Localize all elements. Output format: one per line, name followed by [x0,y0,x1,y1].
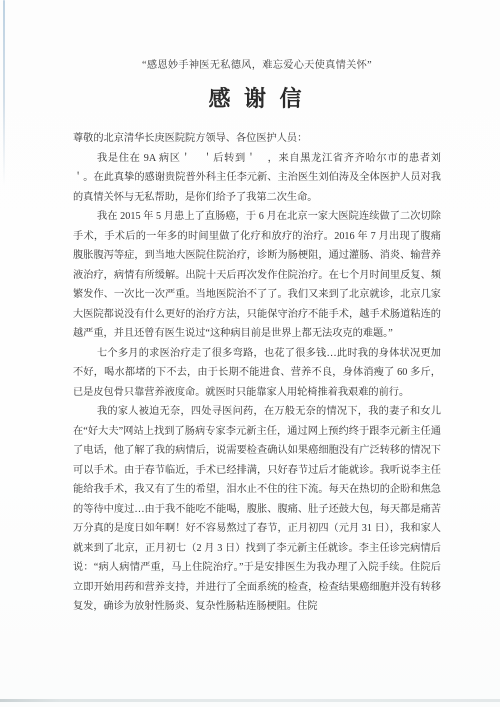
letter-title: 感 谢 信 [73,86,441,112]
letter-body: 尊敬的北京清华长庚医院院方领导、各位医护人员： 我是住在 9A 病区＇ ＇后转到… [73,129,441,617]
letter-motto: “感恩妙手神医无私德风，难忘爱心天使真情关怀” [73,59,441,73]
letter-salutation: 尊敬的北京清华长庚医院院方领导、各位医护人员： [73,129,441,149]
letter-paragraph: 七个多月的求医治疗走了很多弯路，也花了很多钱…此时我的身体状况更加不好，喝水都堵… [73,344,441,403]
scan-artifact-bottom-edge [0,699,500,702]
scanned-letter-page: “感恩妙手神医无私德风，难忘爱心天使真情关怀” 感 谢 信 尊敬的北京清华长庚医… [0,0,500,707]
letter-paragraph: 我的家人被迫无奈，四处寻医问药，在万般无奈的情况下，我的妻子和女儿在“好大夫”网… [73,402,441,617]
letter-paragraph: 我是住在 9A 病区＇ ＇后转到＇ ，来自黑龙江省齐齐哈尔市的患者刘 ＇。在此真… [73,149,441,208]
letter-content: “感恩妙手神医无私德风，难忘爱心天使真情关怀” 感 谢 信 尊敬的北京清华长庚医… [73,0,441,617]
scan-artifact-left-edge [3,0,5,185]
letter-paragraph: 我在 2015 年 5 月患上了直肠癌，于 6 月在北京一家大医院连续做了二次切… [73,207,441,344]
